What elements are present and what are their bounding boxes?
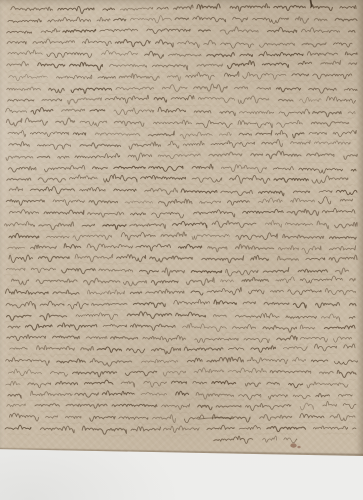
letter-page <box>0 0 363 456</box>
handwriting-svg <box>0 0 363 456</box>
scanned-letter-photo <box>0 0 363 500</box>
